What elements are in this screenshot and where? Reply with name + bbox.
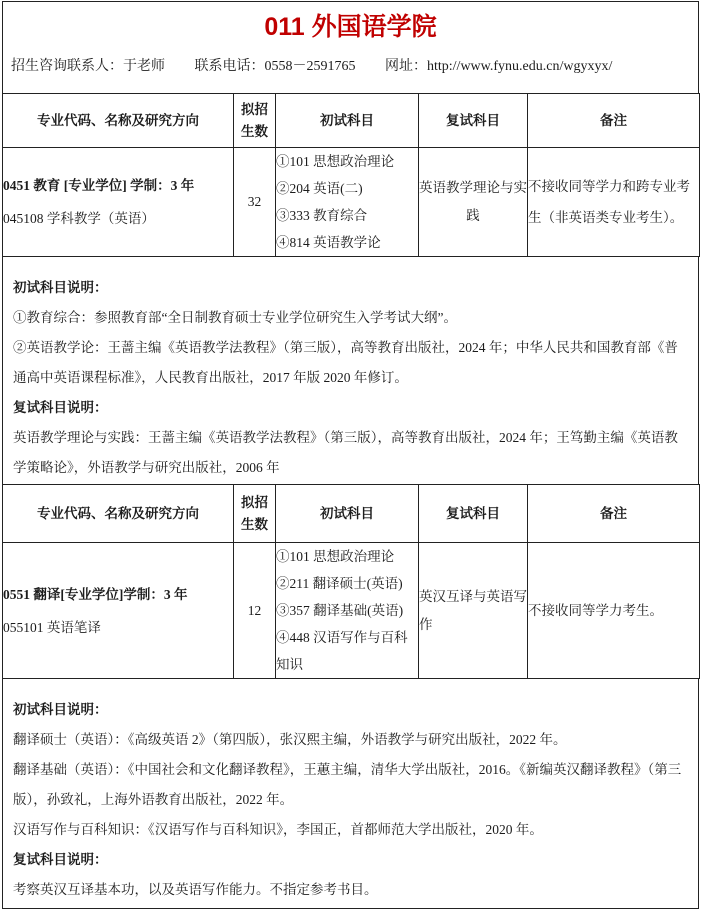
remark-cell: 不接收同等学力考生。 [528,543,700,679]
note-line: 翻译基础（英语）：《中国社会和文化翻译教程》，王蕙主编，清华大学出版社，2016… [13,755,688,815]
retest-subjects-note-heading: 复试科目说明： [13,845,688,875]
remark-cell: 不接收同等学力和跨专业考生（非英语类专业考生）。 [528,148,700,257]
initial-subject-item: ③357 翻译基础(英语) [276,597,418,624]
note-line: 英语教学理论与实践：王蔷主编《英语教学法教程》（第三版），高等教育出版社，202… [13,423,688,483]
column-header-quota: 拟招生数 [234,485,276,543]
document-header: 011 外国语学院 招生咨询联系人：于老师 联系电话：0558－2591765 … [2,1,699,94]
note-line: 翻译硕士（英语）：《高级英语 2》（第四版），张汉熙主编，外语教学与研究出版社，… [13,725,688,755]
program-direction: 055101 英语笔译 [3,611,233,644]
column-header-program: 专业代码、名称及研究方向 [3,94,234,148]
admission-table-translation: 专业代码、名称及研究方向 拟招生数 初试科目 复试科目 备注 0551 翻译[专… [2,484,700,679]
column-header-quota: 拟招生数 [234,94,276,148]
initial-subject-item: ①101 思想政治理论 [276,543,418,570]
retest-subject-cell: 英汉互译与英语写作 [419,543,528,679]
initial-subject-item: ②204 英语(二) [276,175,418,202]
admission-document: 011 外国语学院 招生咨询联系人：于老师 联系电话：0558－2591765 … [2,1,699,909]
table1-header-row: 专业代码、名称及研究方向 拟招生数 初试科目 复试科目 备注 [3,94,700,148]
initial-subject-item: ④814 英语教学论 [276,229,418,256]
quota-cell: 12 [234,543,276,679]
initial-subjects-cell: ①101 思想政治理论 ②204 英语(二) ③333 教育综合 ④814 英语… [276,148,419,257]
contact-website: 网址：http://www.fynu.edu.cn/wgyxyx/ [385,59,612,74]
column-header-remarks: 备注 [528,485,700,543]
initial-subject-item: ②211 翻译硕士(英语) [276,570,418,597]
program-cell-translation: 0551 翻译[专业学位]学制：3 年 055101 英语笔译 [3,543,234,679]
table2-header-row: 专业代码、名称及研究方向 拟招生数 初试科目 复试科目 备注 [3,485,700,543]
initial-subject-item: ③333 教育综合 [276,202,418,229]
program-cell-education: 0451 教育 [专业学位] 学制：3 年 045108 学科教学（英语） [3,148,234,257]
program-direction: 045108 学科教学（英语） [3,202,233,235]
program-code-name: 0451 教育 [专业学位] 学制：3 年 [3,169,233,202]
initial-subjects-note-heading: 初试科目说明： [13,273,688,303]
initial-subjects-cell: ①101 思想政治理论 ②211 翻译硕士(英语) ③357 翻译基础(英语) … [276,543,419,679]
contact-line: 招生咨询联系人：于老师 联系电话：0558－2591765 网址：http://… [11,57,690,77]
note-line: ①教育综合：参照教育部“全日制教育硕士专业学位研究生入学考试大纲”。 [13,303,688,333]
initial-subjects-note-heading: 初试科目说明： [13,695,688,725]
admission-table-education: 专业代码、名称及研究方向 拟招生数 初试科目 复试科目 备注 0451 教育 [… [2,93,700,257]
note-line: ②英语教学论：王蔷主编《英语教学法教程》（第三版），高等教育出版社，2024 年… [13,333,688,393]
retest-subject-cell: 英语教学理论与实践 [419,148,528,257]
column-header-program: 专业代码、名称及研究方向 [3,485,234,543]
table-row: 0551 翻译[专业学位]学制：3 年 055101 英语笔译 12 ①101 … [3,543,700,679]
notes-section-translation: 初试科目说明： 翻译硕士（英语）：《高级英语 2》（第四版），张汉熙主编，外语教… [2,678,699,909]
column-header-remarks: 备注 [528,94,700,148]
note-line: 汉语写作与百科知识：《汉语写作与百科知识》，李国正，首都师范大学出版社，2020… [13,815,688,845]
initial-subject-item: ①101 思想政治理论 [276,148,418,175]
notes-section-education: 初试科目说明： ①教育综合：参照教育部“全日制教育硕士专业学位研究生入学考试大纲… [2,256,699,485]
table-row: 0451 教育 [专业学位] 学制：3 年 045108 学科教学（英语） 32… [3,148,700,257]
column-header-retest-subjects: 复试科目 [419,94,528,148]
page-title: 011 外国语学院 [11,10,690,44]
quota-cell: 32 [234,148,276,257]
note-line: 考察英汉互译基本功，以及英语写作能力。不指定参考书目。 [13,875,688,905]
column-header-initial-subjects: 初试科目 [276,94,419,148]
program-code-name: 0551 翻译[专业学位]学制：3 年 [3,578,233,611]
column-header-initial-subjects: 初试科目 [276,485,419,543]
initial-subject-item: ④448 汉语写作与百科知识 [276,624,418,678]
contact-phone: 联系电话：0558－2591765 [195,59,356,74]
retest-subjects-note-heading: 复试科目说明： [13,393,688,423]
column-header-retest-subjects: 复试科目 [419,485,528,543]
contact-person: 招生咨询联系人：于老师 [11,59,165,74]
